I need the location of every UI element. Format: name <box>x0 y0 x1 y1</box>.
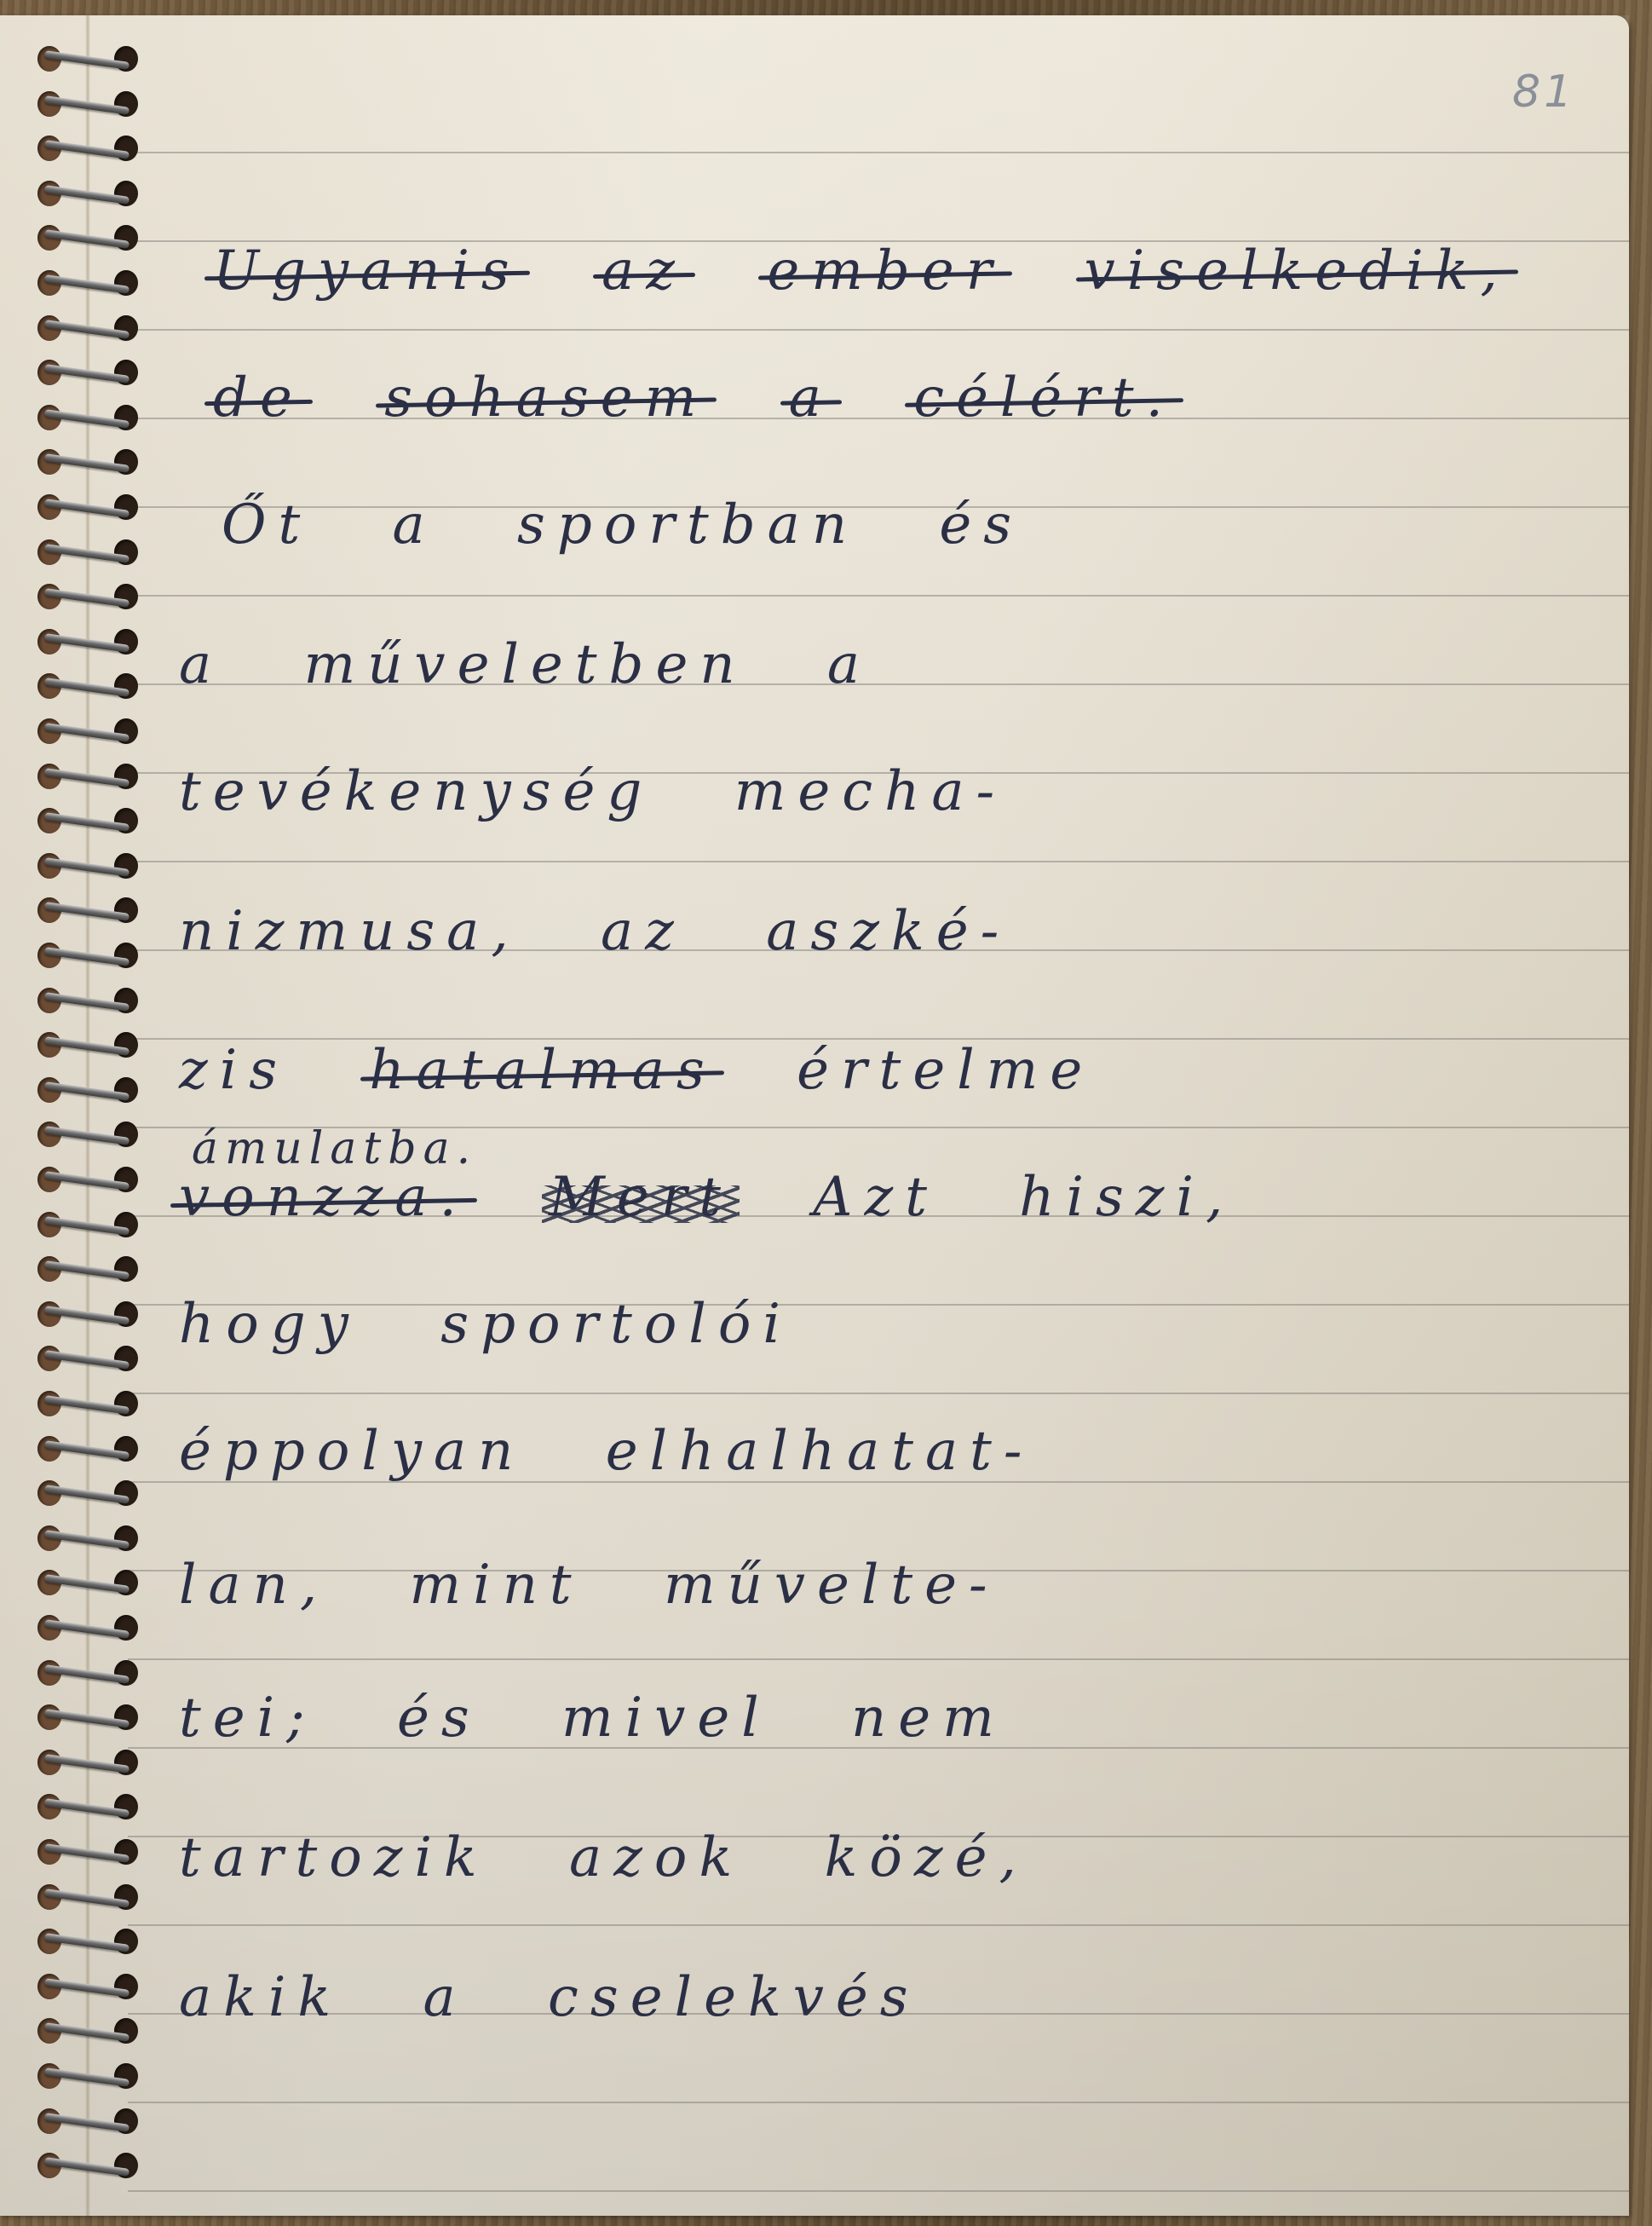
spiral-coil <box>32 267 143 301</box>
spiral-coil <box>32 1836 143 1870</box>
spiral-coil <box>32 939 143 973</box>
spiral-coil <box>32 580 143 614</box>
spiral-coil <box>32 1970 143 2004</box>
spiral-coil <box>32 1163 143 1197</box>
spiral-coil <box>32 1701 143 1735</box>
crossed-out-word: Mert <box>549 1166 733 1229</box>
word: Azt <box>813 1166 939 1229</box>
crossed-out-word: viselkedik, <box>1085 239 1510 303</box>
word: elhalhatat- <box>606 1420 1034 1483</box>
spiral-coil <box>32 132 143 166</box>
word: művelte- <box>664 1554 999 1617</box>
spiral-coil <box>32 1657 143 1691</box>
spiral-coil <box>32 2060 143 2094</box>
word: a <box>827 633 872 696</box>
crossed-out-word: az <box>602 239 687 303</box>
word: közé, <box>825 1826 1028 1889</box>
word: akik <box>179 1966 342 2029</box>
spiral-coil <box>32 850 143 884</box>
text-line: de sohasem a célért. <box>213 366 1561 430</box>
word: nizmusa, <box>179 900 521 963</box>
ruled-line <box>128 2190 1629 2192</box>
word: mint <box>410 1554 584 1617</box>
spiral-coil <box>32 1522 143 1556</box>
spiral-coil <box>32 626 143 660</box>
spiral-coil <box>32 1746 143 1780</box>
inserted-word: ámulatba. <box>192 1123 477 1174</box>
crossed-out-word: de <box>213 366 304 430</box>
spiral-coil <box>32 1342 143 1376</box>
text-line: tartozik azok közé, <box>179 1826 1561 1889</box>
ruled-line <box>128 1924 1629 1926</box>
spiral-coil <box>32 2015 143 2049</box>
spiral-coil <box>32 491 143 525</box>
word: az <box>601 900 686 963</box>
spiral-coil <box>32 177 143 211</box>
crossed-out-word: hatalmas <box>369 1039 716 1102</box>
spiral-coil <box>32 536 143 570</box>
word: a <box>179 633 223 696</box>
spiral-coil <box>32 43 143 77</box>
text-line: tei; és mivel nem <box>179 1687 1561 1750</box>
spiral-coil <box>32 356 143 390</box>
ruled-line <box>128 152 1629 153</box>
word: tevékenység <box>179 760 653 823</box>
word: aszké- <box>766 900 1010 963</box>
spiral-coil <box>32 1074 143 1108</box>
word: mivel <box>561 1687 771 1750</box>
text-line: Őt a sportban és <box>222 493 1561 556</box>
spiral-coil <box>32 2105 143 2139</box>
spiral-coil <box>32 1566 143 1600</box>
text-line: tevékenység mecha- <box>179 760 1561 823</box>
spiral-coil <box>32 1925 143 1959</box>
text-line: nizmusa, az aszké- <box>179 900 1561 963</box>
spiral-binding <box>32 43 143 2207</box>
word: azok <box>569 1826 744 1889</box>
spiral-coil <box>32 984 143 1018</box>
ruled-line <box>128 595 1629 597</box>
word: zis <box>179 1039 289 1102</box>
spiral-coil <box>32 401 143 435</box>
spiral-coil <box>32 1029 143 1063</box>
word: hogy <box>179 1293 360 1356</box>
ruled-line <box>128 861 1629 862</box>
notebook-page: 81 Ugyanis az ember viselkedik, de sohas… <box>0 15 1629 2216</box>
word: sportolói <box>440 1293 792 1356</box>
crossed-out-word: sohasem <box>384 366 708 430</box>
ruled-line <box>128 1393 1629 1394</box>
spiral-coil <box>32 1118 143 1152</box>
text-line: hogy sportolói <box>179 1293 1561 1356</box>
spiral-coil <box>32 1477 143 1511</box>
spiral-coil <box>32 1433 143 1467</box>
text-line: éppolyan elhalhatat- <box>179 1420 1561 1483</box>
crossed-out-word: ember <box>767 239 1004 303</box>
crossed-out-word: a <box>789 366 833 430</box>
spiral-coil <box>32 670 143 704</box>
ruled-line <box>128 329 1629 331</box>
text-line: a műveletben a <box>179 633 1561 696</box>
page-number: 81 <box>1512 66 1575 118</box>
ruled-line <box>128 2102 1629 2103</box>
crossed-out-word: Ugyanis <box>213 239 521 303</box>
spiral-coil <box>32 760 143 794</box>
word: tei; <box>179 1687 317 1750</box>
word: és <box>939 493 1023 556</box>
word: cselekvés <box>548 1966 920 2029</box>
word: nem <box>851 1687 1006 1750</box>
word: a <box>423 1966 468 2029</box>
text-line: Ugyanis az ember viselkedik, <box>213 239 1561 303</box>
text-line: vonzza. Mert Azt hiszi, <box>179 1166 1561 1229</box>
spiral-coil <box>32 1298 143 1332</box>
word: műveletben <box>304 633 747 696</box>
text-line: akik a cselekvés <box>179 1966 1561 2029</box>
word: sportban <box>517 493 859 556</box>
crossed-out-word: célért. <box>913 366 1175 430</box>
spiral-coil <box>32 894 143 928</box>
word: éppolyan <box>179 1420 525 1483</box>
word: hiszi, <box>1019 1166 1235 1229</box>
word: lan, <box>179 1554 329 1617</box>
spiral-coil <box>32 804 143 839</box>
spiral-coil <box>32 312 143 346</box>
word: Őt <box>222 493 312 556</box>
word: a <box>393 493 437 556</box>
spiral-coil <box>32 1791 143 1825</box>
spiral-coil <box>32 88 143 122</box>
spiral-coil <box>32 1253 143 1287</box>
spiral-coil <box>32 222 143 256</box>
text-line: zis hatalmas értelme <box>179 1039 1561 1102</box>
text-line: lan, mint művelte- <box>179 1554 1561 1617</box>
spiral-coil <box>32 1387 143 1422</box>
word: mecha- <box>734 760 1006 823</box>
spiral-coil <box>32 715 143 749</box>
word: és <box>397 1687 481 1750</box>
spiral-coil <box>32 1612 143 1646</box>
ruled-line <box>128 1658 1629 1660</box>
spiral-coil <box>32 1208 143 1243</box>
spiral-coil <box>32 2149 143 2183</box>
word: értelme <box>797 1039 1094 1102</box>
crossed-out-word: vonzza. <box>179 1166 469 1229</box>
word: tartozik <box>179 1826 489 1889</box>
spiral-coil <box>32 446 143 480</box>
spiral-coil <box>32 1881 143 1915</box>
